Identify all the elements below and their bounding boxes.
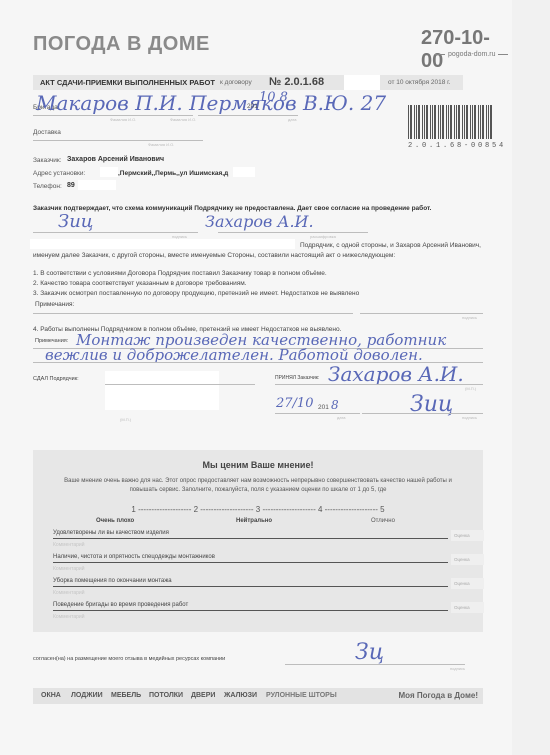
question-3-comment-field[interactable]: Комментарий <box>53 590 85 596</box>
scale-low-label: Очень плохо <box>96 518 134 524</box>
date-year-hint: 201 <box>247 103 258 110</box>
survey-question-2: Наличие, чистота и опрятность спецодежды… <box>53 554 215 560</box>
question-3-line <box>53 586 448 587</box>
brigade-handwritten: Макаров П.И. Пермяков В.Ю. 27 <box>36 91 386 115</box>
handed-line <box>105 384 255 385</box>
redacted-block <box>100 167 118 177</box>
redacted-block <box>30 239 295 249</box>
question-1-score-field[interactable]: Оценка <box>451 530 484 541</box>
delivery-line <box>33 140 203 141</box>
scanned-document: ПОГОДА В ДОМЕ 270-10-00 pogoda-dom.ru АК… <box>0 0 513 755</box>
address-value: ,Пермский,,Пермь,,ул Ишимская,д <box>118 170 228 177</box>
clause-1: 1. В соответствии с условиями Договора П… <box>33 270 327 277</box>
feedback-survey: Мы ценим Ваше мнение! Ваше мнение очень … <box>33 450 483 632</box>
question-4-comment-field[interactable]: Комментарий <box>53 614 85 620</box>
scanner-margin <box>512 0 550 755</box>
date-label: дата <box>288 117 296 122</box>
customer-label: Заказчик: <box>33 157 62 164</box>
survey-question-4: Поведение бригады во время проведения ра… <box>53 602 188 608</box>
footer-slogan: Моя Погода в Доме! <box>399 691 478 700</box>
consent-transcript: Захаров А.И. <box>205 212 314 231</box>
question-2-line <box>53 562 448 563</box>
company-website: pogoda-dom.ru <box>432 51 511 58</box>
delivery-label: Доставка <box>33 129 61 136</box>
signoff-year-prefix: 201 <box>318 404 329 411</box>
act-title: АКТ СДАЧИ-ПРИЕМКИ ВЫПОЛНЕННЫХ РАБОТ <box>40 78 215 87</box>
fio-hint-2: Фамилия И.О. <box>170 117 196 122</box>
handed-by-label: СДАЛ Подрядчик: <box>33 376 79 382</box>
publication-consent-line <box>285 664 465 665</box>
transcript-line <box>218 232 368 233</box>
barcode-number: 2.0.1.68-00854 <box>408 142 506 150</box>
address-label: Адрес установки: <box>33 170 85 177</box>
stamp-hint-left: (М.П.) <box>120 417 131 422</box>
footer-nav-furniture: МЕБЕЛЬ <box>111 692 141 699</box>
clause-2: 2. Качество товара соответствует указанн… <box>33 280 247 287</box>
contract-prefix: к договору <box>220 79 252 86</box>
signoff-year-hand: 8 <box>331 398 339 412</box>
company-phone: 270-10-00 <box>421 27 512 73</box>
phone-value: 89 <box>67 182 75 189</box>
accepted-name-handwritten: Захаров А.И. <box>328 362 464 386</box>
footer-nav-loggias: ЛОДЖИИ <box>71 692 103 699</box>
parties-line-1: Подрядчик, с одной стороны, и Захаров Ар… <box>300 242 481 249</box>
signoff-signature-line <box>362 413 483 414</box>
phone-label: Телефон: <box>33 183 62 190</box>
redacted-block <box>233 167 255 177</box>
publication-consent-hint: подпись <box>450 666 465 671</box>
date-handwritten: 10 8 <box>259 90 288 105</box>
accepted-line <box>275 384 483 385</box>
accepted-by-label: ПРИНЯЛ Заказчик: <box>275 375 319 381</box>
logo-text: ПОГОДА В ДОМЕ <box>33 33 210 55</box>
footer-nav-doors: ДВЕРИ <box>191 692 215 699</box>
footer-band: ОКНА ЛОДЖИИ МЕБЕЛЬ ПОТОЛКИ ДВЕРИ ЖАЛЮЗИ … <box>33 688 483 704</box>
brigade-line-2 <box>198 115 298 116</box>
act-date: от 10 октября 2018 г. <box>388 79 451 86</box>
company-logo: ПОГОДА В ДОМЕ <box>33 33 210 56</box>
question-2-comment-field[interactable]: Комментарий <box>53 566 85 572</box>
question-1-comment-field[interactable]: Комментарий <box>53 542 85 548</box>
footer-nav-blinds: ЖАЛЮЗИ <box>224 692 257 699</box>
rating-scale: 1 -------------------- 2 ---------------… <box>33 505 483 514</box>
survey-question-1: Удовлетворены ли вы качеством изделия <box>53 530 169 536</box>
contract-number: № 2.0.1.68 <box>269 76 324 88</box>
redacted-block <box>344 75 380 90</box>
consent-signature: Зиц <box>58 211 93 232</box>
question-4-score-field[interactable]: Оценка <box>451 602 484 613</box>
signature-line <box>33 232 198 233</box>
fio-hint-1: Фамилия И.О. <box>110 117 136 122</box>
brigade-line-1 <box>33 115 193 116</box>
scale-high-label: Отлично <box>371 518 395 524</box>
customer-name: Захаров Арсений Иванович <box>67 156 164 163</box>
signoff-date-hint: дата <box>337 415 345 420</box>
footer-nav-windows: ОКНА <box>41 692 61 699</box>
redacted-block <box>78 180 116 190</box>
transcript-hint: расшифровка <box>310 234 336 239</box>
fio-hint-3: Фамилия И.О. <box>148 142 174 147</box>
notes-1-line <box>33 313 353 314</box>
clause-3: 3. Заказчик осмотрел поставленную по дог… <box>33 290 359 297</box>
survey-title: Мы ценим Ваше мнение! <box>33 460 483 470</box>
publication-consent-text: согласен(на) на размещение моего отзыва … <box>33 656 225 662</box>
signoff-date-handwritten: 27/10 <box>276 396 313 411</box>
question-2-score-field[interactable]: Оценка <box>451 554 484 565</box>
notes-1-label: Примечания: <box>35 301 74 308</box>
notes-2-label: Примечания: <box>35 338 68 344</box>
footer-nav-ceilings: ПОТОЛКИ <box>149 692 183 699</box>
barcode <box>408 105 494 139</box>
publication-consent-signature: Зц <box>355 640 384 665</box>
signoff-date-line <box>275 413 360 414</box>
parties-line-2: именуем далее Заказчик, с другой стороны… <box>33 252 395 259</box>
survey-intro: Ваше мнение очень важно для нас. Этот оп… <box>53 477 463 495</box>
footer-nav-roller-shades: РУЛОННЫЕ ШТОРЫ <box>266 692 337 699</box>
notes-1-sign-line <box>360 313 483 314</box>
act-title-band: АКТ СДАЧИ-ПРИЕМКИ ВЫПОЛНЕННЫХ РАБОТ к до… <box>33 75 463 90</box>
question-4-line <box>53 610 448 611</box>
stamp-hint-right: (М.П.) <box>465 386 476 391</box>
redacted-block <box>105 371 219 410</box>
signoff-signature-hint: подпись <box>462 415 477 420</box>
scale-mid-label: Нейтрально <box>236 518 272 524</box>
question-1-line <box>53 538 448 539</box>
notes-1-hint: подпись <box>462 315 477 320</box>
survey-question-3: Уборка помещения по окончании монтажа <box>53 578 172 584</box>
question-3-score-field[interactable]: Оценка <box>451 578 484 589</box>
